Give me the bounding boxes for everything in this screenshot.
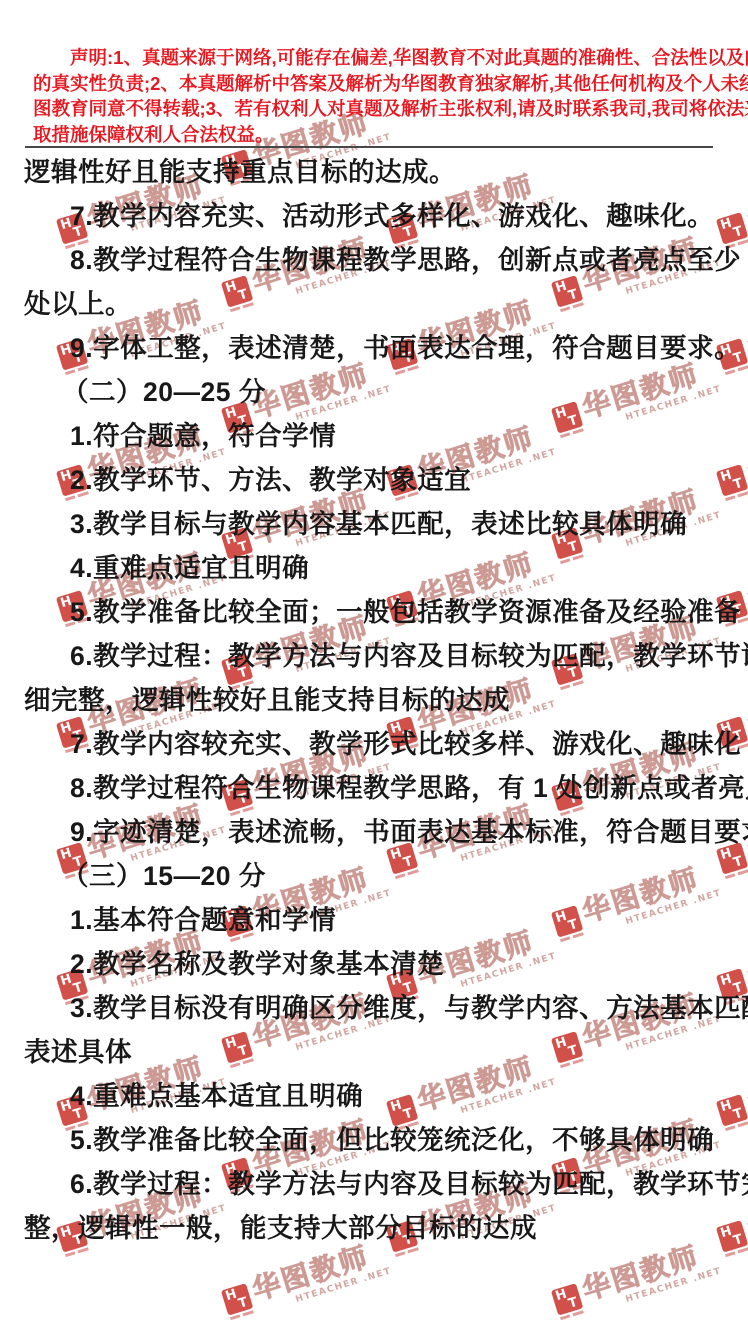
body-line: （二）20—25 分 bbox=[24, 370, 740, 414]
watermark-text-block: 华图教师 HTEACHER .NET bbox=[742, 159, 748, 245]
body-line: 细完整，逻辑性较好且能支持目标的达成 bbox=[24, 678, 740, 722]
watermark-brand-text: 华图教师 bbox=[742, 915, 748, 994]
body-line: 2.教学名称及教学对象基本清楚 bbox=[24, 942, 740, 986]
body-line: 2.教学环节、方法、教学对象适宜 bbox=[24, 458, 740, 502]
body-line: 逻辑性好且能支持重点目标的达成。 bbox=[24, 150, 740, 194]
body-line: 6.教学过程：教学方法与内容及目标较为匹配，教学环节完 bbox=[24, 1162, 740, 1206]
rubric-body: 逻辑性好且能支持重点目标的达成。7.教学内容充实、活动形式多样化、游戏化、趣味化… bbox=[24, 150, 740, 1250]
body-line: 处以上。 bbox=[24, 282, 740, 326]
disclaimer-paragraph: 声明:1、真题来源于网络,可能存在偏差,华图教育不对此真题的准确性、合法性以及内… bbox=[33, 45, 711, 147]
watermark-brand-text: 华图教师 bbox=[742, 1041, 748, 1120]
watermark-domain-text: HTEACHER .NET bbox=[624, 1266, 722, 1305]
watermark-brand-text: 华图教师 bbox=[742, 537, 748, 616]
disclaimer-line: 取措施保障权利人合法权益。 bbox=[33, 122, 711, 148]
disclaimer-line: 声明:1、真题来源于网络,可能存在偏差,华图教育不对此真题的准确性、合法性以及内… bbox=[33, 45, 711, 71]
watermark-mini-marks bbox=[230, 1310, 254, 1320]
body-line: 表述具体 bbox=[24, 1030, 740, 1074]
body-line: 3.教学目标没有明确区分维度，与教学内容、方法基本匹配， bbox=[24, 986, 740, 1030]
body-line: 整，逻辑性一般，能支持大部分目标的达成 bbox=[24, 1206, 740, 1250]
body-line: 8.教学过程符合生物课程教学思路，有 1 处创新点或者亮点 bbox=[24, 766, 740, 810]
watermark-brand-text: 华图教师 bbox=[742, 285, 748, 364]
body-line: 5.教学准备比较全面，但比较笼统泛化，不够具体明确 bbox=[24, 1118, 740, 1162]
body-line: 7.教学内容充实、活动形式多样化、游戏化、趣味化。 bbox=[24, 194, 740, 238]
body-line: 8.教学过程符合生物课程教学思路，创新点或者亮点至少 1 bbox=[24, 238, 740, 282]
watermark-text-block: 华图教师 HTEACHER .NET bbox=[742, 537, 748, 623]
body-line: 9.字迹清楚，表述流畅，书面表达基本标准，符合题目要求 bbox=[24, 810, 740, 854]
body-line: 1.符合题意，符合学情 bbox=[24, 414, 740, 458]
body-line: 5.教学准备比较全面；一般包括教学资源准备及经验准备 bbox=[24, 590, 740, 634]
watermark-domain-text: HTEACHER .NET bbox=[294, 1266, 392, 1305]
body-line: 6.教学过程：教学方法与内容及目标较为匹配，教学环节详 bbox=[24, 634, 740, 678]
body-line: （三）15—20 分 bbox=[24, 854, 740, 898]
disclaimer-line: 图教育同意不得转载;3、若有权利人对真题及解析主张权利,请及时联系我司,我司将依… bbox=[33, 96, 711, 122]
document-page: { "page": { "background": "#ffffff", "te… bbox=[0, 0, 748, 1335]
divider-line bbox=[25, 146, 713, 148]
body-line: 3.教学目标与教学内容基本匹配，表述比较具体明确 bbox=[24, 502, 740, 546]
body-line: 4.重难点基本适宜且明确 bbox=[24, 1074, 740, 1118]
watermark-mini-marks bbox=[560, 1310, 584, 1320]
watermark-brand-text: 华图教师 bbox=[742, 159, 748, 238]
watermark-text-block: 华图教师 HTEACHER .NET bbox=[742, 1041, 748, 1127]
disclaimer-line: 的真实性负责;2、本真题解析中答案及解析为华图教育独家解析,其他任何机构及个人未… bbox=[33, 71, 711, 97]
watermark-brand-text: 华图教师 bbox=[742, 411, 748, 490]
body-line: 9.字体工整，表述清楚，书面表达合理，符合题目要求。 bbox=[24, 326, 740, 370]
huatu-logo-icon: HT bbox=[551, 1283, 583, 1315]
body-line: 4.重难点适宜且明确 bbox=[24, 546, 740, 590]
huatu-logo-icon: HT bbox=[221, 1283, 253, 1315]
watermark-text-block: 华图教师 HTEACHER .NET bbox=[742, 285, 748, 371]
body-line: 7.教学内容较充实、教学形式比较多样、游戏化、趣味化 bbox=[24, 722, 740, 766]
watermark-text-block: 华图教师 HTEACHER .NET bbox=[742, 411, 748, 497]
body-line: 1.基本符合题意和学情 bbox=[24, 898, 740, 942]
